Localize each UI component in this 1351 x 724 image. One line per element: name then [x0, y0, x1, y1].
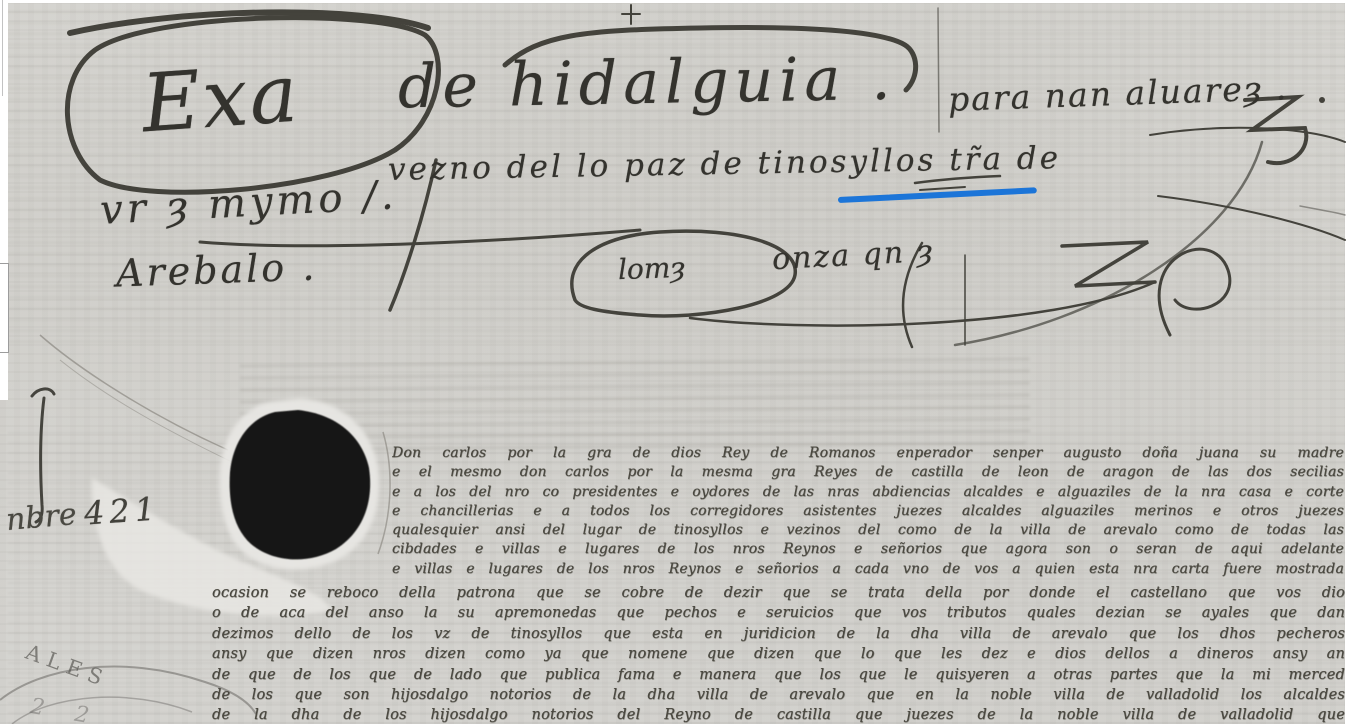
body-line: ansy que dizen nros dizen como ya que no…	[212, 644, 1345, 664]
manuscript-scan: Exa de hidalguia . para nan aluareȝ . vr…	[0, 0, 1351, 724]
body-line: o de aca del anso la su apremonedas que …	[212, 603, 1345, 623]
body-line: de la dha de los hijosdalgo notorios del…	[212, 705, 1345, 724]
margin-note-fragment: nbre	[5, 497, 78, 538]
title-abbreviation: Exa	[139, 47, 302, 151]
body-line: e chancillerias e a todos los corregidor…	[392, 502, 1344, 521]
rubric-left-text: lomȝ	[617, 251, 685, 286]
body-line: dezimos dello de los vz de tinosyllos qu…	[212, 624, 1345, 644]
scan-margin-right	[1345, 0, 1351, 724]
scan-margin-top	[0, 0, 1351, 3]
body-line: de los que son hijosdalgo notorios de la…	[212, 685, 1345, 705]
title-main: de hidalguia .	[397, 44, 897, 123]
body-paragraph-1: Don carlos por la gra de dios Rey de Rom…	[392, 444, 1344, 579]
header-line3-arevalo: Arebalo .	[115, 245, 318, 296]
body-line: qualesquier ansi del lugar de tinosyllos…	[392, 521, 1344, 540]
body-line: e a los del nro co presidentes e oydores…	[392, 483, 1344, 502]
body-line: ocasion se reboco della patrona que se c…	[212, 583, 1345, 603]
body-line: cibdades e villas e lugares de los nros …	[392, 540, 1344, 559]
margin-number: 421	[83, 489, 162, 532]
body-line: de que de los que de lado que publica fa…	[212, 665, 1345, 685]
body-paragraph-2: ocasion se reboco della patrona que se c…	[212, 583, 1345, 724]
body-line: e villas e lugares de los nros Reynos e …	[392, 560, 1344, 579]
scan-edge-line	[2, 0, 3, 96]
body-line: Don carlos por la gra de dios Rey de Rom…	[392, 444, 1344, 463]
body-line: e el mesmo don carlos por la mesma gra R…	[392, 463, 1344, 482]
margin-frame-partial	[0, 263, 9, 353]
